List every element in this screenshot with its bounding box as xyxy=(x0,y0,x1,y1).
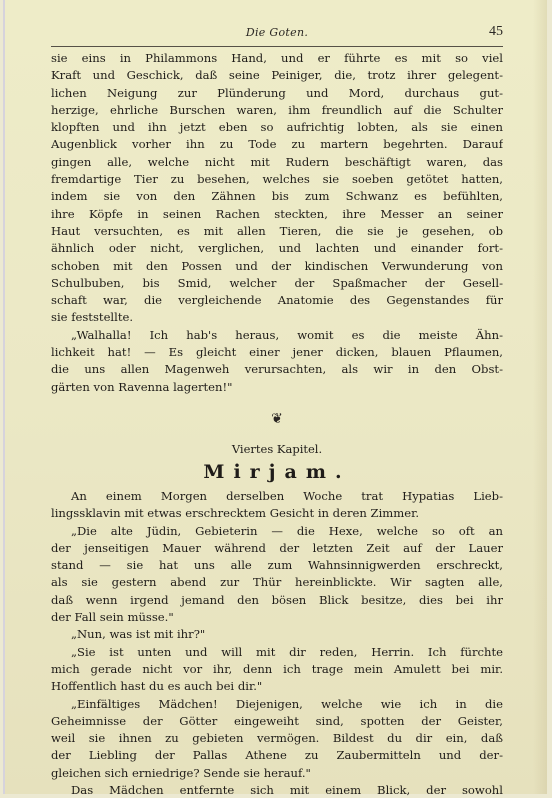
text-line: ähnlich oder nicht, verglichen, und lach… xyxy=(51,240,503,257)
text-line: An einem Morgen derselben Woche trat Hyp… xyxy=(51,488,503,505)
paragraph-7: „Einfältiges Mädchen! Diejenigen, welche… xyxy=(51,696,503,782)
text-line: mich gerade nicht vor ihr, denn ich trag… xyxy=(51,661,503,678)
paragraph-1: sie eins in Philammons Hand, und er führ… xyxy=(51,50,503,327)
text-line: „Einfältiges Mädchen! Diejenigen, welche… xyxy=(51,696,503,713)
text-line: der Fall sein müsse." xyxy=(51,609,503,626)
paragraph-4: „Die alte Jüdin, Gebieterin — die Hexe, … xyxy=(51,523,503,627)
page-header: Die Goten. 45 xyxy=(51,22,503,44)
text-line: der Liebling der Pallas Athene zu Zauber… xyxy=(51,747,503,764)
text-line: Kraft und Geschick, daß seine Peiniger, … xyxy=(51,67,503,84)
text-line: Augenblick vorher ihn zu Tode zu martern… xyxy=(51,136,503,153)
text-line: gärten von Ravenna lagerten!" xyxy=(51,379,503,396)
text-line: „Sie ist unten und will mit dir reden, H… xyxy=(51,644,503,661)
text-line: die uns allen Magenweh verursachten, als… xyxy=(51,361,503,378)
paragraph-3: An einem Morgen derselben Woche trat Hyp… xyxy=(51,488,503,523)
text-line: gleichen sich erniedrige? Sende sie hera… xyxy=(51,765,503,782)
text-line: Schulbuben, bis Smid, welcher der Spaßma… xyxy=(51,275,503,292)
running-title: Die Goten. xyxy=(51,26,503,39)
text-line: „Die alte Jüdin, Gebieterin — die Hexe, … xyxy=(51,523,503,540)
paragraph-5: „Nun, was ist mit ihr?" xyxy=(51,626,503,643)
text-line: „Walhalla! Ich hab's heraus, womit es di… xyxy=(51,327,503,344)
text-line: sie eins in Philammons Hand, und er führ… xyxy=(51,50,503,67)
text-line: Das Mädchen entfernte sich mit einem Bli… xyxy=(51,782,503,798)
chapter-label: Viertes Kapitel. xyxy=(51,440,503,458)
header-rule xyxy=(51,46,503,47)
text-line: ihre Köpfe in seinen Rachen steckten, ih… xyxy=(51,206,503,223)
paragraph-8: Das Mädchen entfernte sich mit einem Bli… xyxy=(51,782,503,798)
text-line: sie feststellte. xyxy=(51,309,503,326)
text-line: indem sie von den Zähnen bis zum Schwanz… xyxy=(51,188,503,205)
body-text: sie eins in Philammons Hand, und er führ… xyxy=(51,50,503,798)
paragraph-6: „Sie ist unten und will mit dir reden, H… xyxy=(51,644,503,696)
text-line: Hoffentlich hast du es auch bei dir." xyxy=(51,678,503,695)
text-line: fremdartige Tier zu besehen, welches sie… xyxy=(51,171,503,188)
text-line: Haut versuchten, es mit allen Tieren, di… xyxy=(51,223,503,240)
text-line: schoben mit den Possen und der kindische… xyxy=(51,258,503,275)
fleuron-ornament-icon: ❦ xyxy=(51,404,503,434)
text-line: schaft war, die vergleichende Anatomie d… xyxy=(51,292,503,309)
paragraph-2: „Walhalla! Ich hab's heraus, womit es di… xyxy=(51,327,503,396)
text-line: Geheimnisse der Götter eingeweiht sind, … xyxy=(51,713,503,730)
page-number: 45 xyxy=(489,24,503,40)
text-line: lingssklavin mit etwas erschrecktem Gesi… xyxy=(51,505,503,522)
text-line: stand — sie hat uns alle zum Wahnsinnigw… xyxy=(51,557,503,574)
text-line: als sie gestern abend zur Thür hereinbli… xyxy=(51,574,503,591)
text-line: lichen Neigung zur Plünderung und Mord, … xyxy=(51,85,503,102)
text-line: der jenseitigen Mauer während der letzte… xyxy=(51,540,503,557)
text-line: lichkeit hat! — Es gleicht einer jener d… xyxy=(51,344,503,361)
text-line: „Nun, was ist mit ihr?" xyxy=(51,626,503,643)
text-line: klopften und ihn jetzt eben so aufrichti… xyxy=(51,119,503,136)
text-line: weil sie ihnen zu gebieten vermögen. Bil… xyxy=(51,730,503,747)
text-line: herzige, ehrliche Burschen waren, ihm fr… xyxy=(51,102,503,119)
text-line: gingen alle, welche nicht mit Rudern bes… xyxy=(51,154,503,171)
book-page: Die Goten. 45 sie eins in Philammons Han… xyxy=(3,0,547,794)
text-line: daß wenn irgend jemand den bösen Blick b… xyxy=(51,592,503,609)
chapter-title: Mirjam. xyxy=(51,458,503,486)
